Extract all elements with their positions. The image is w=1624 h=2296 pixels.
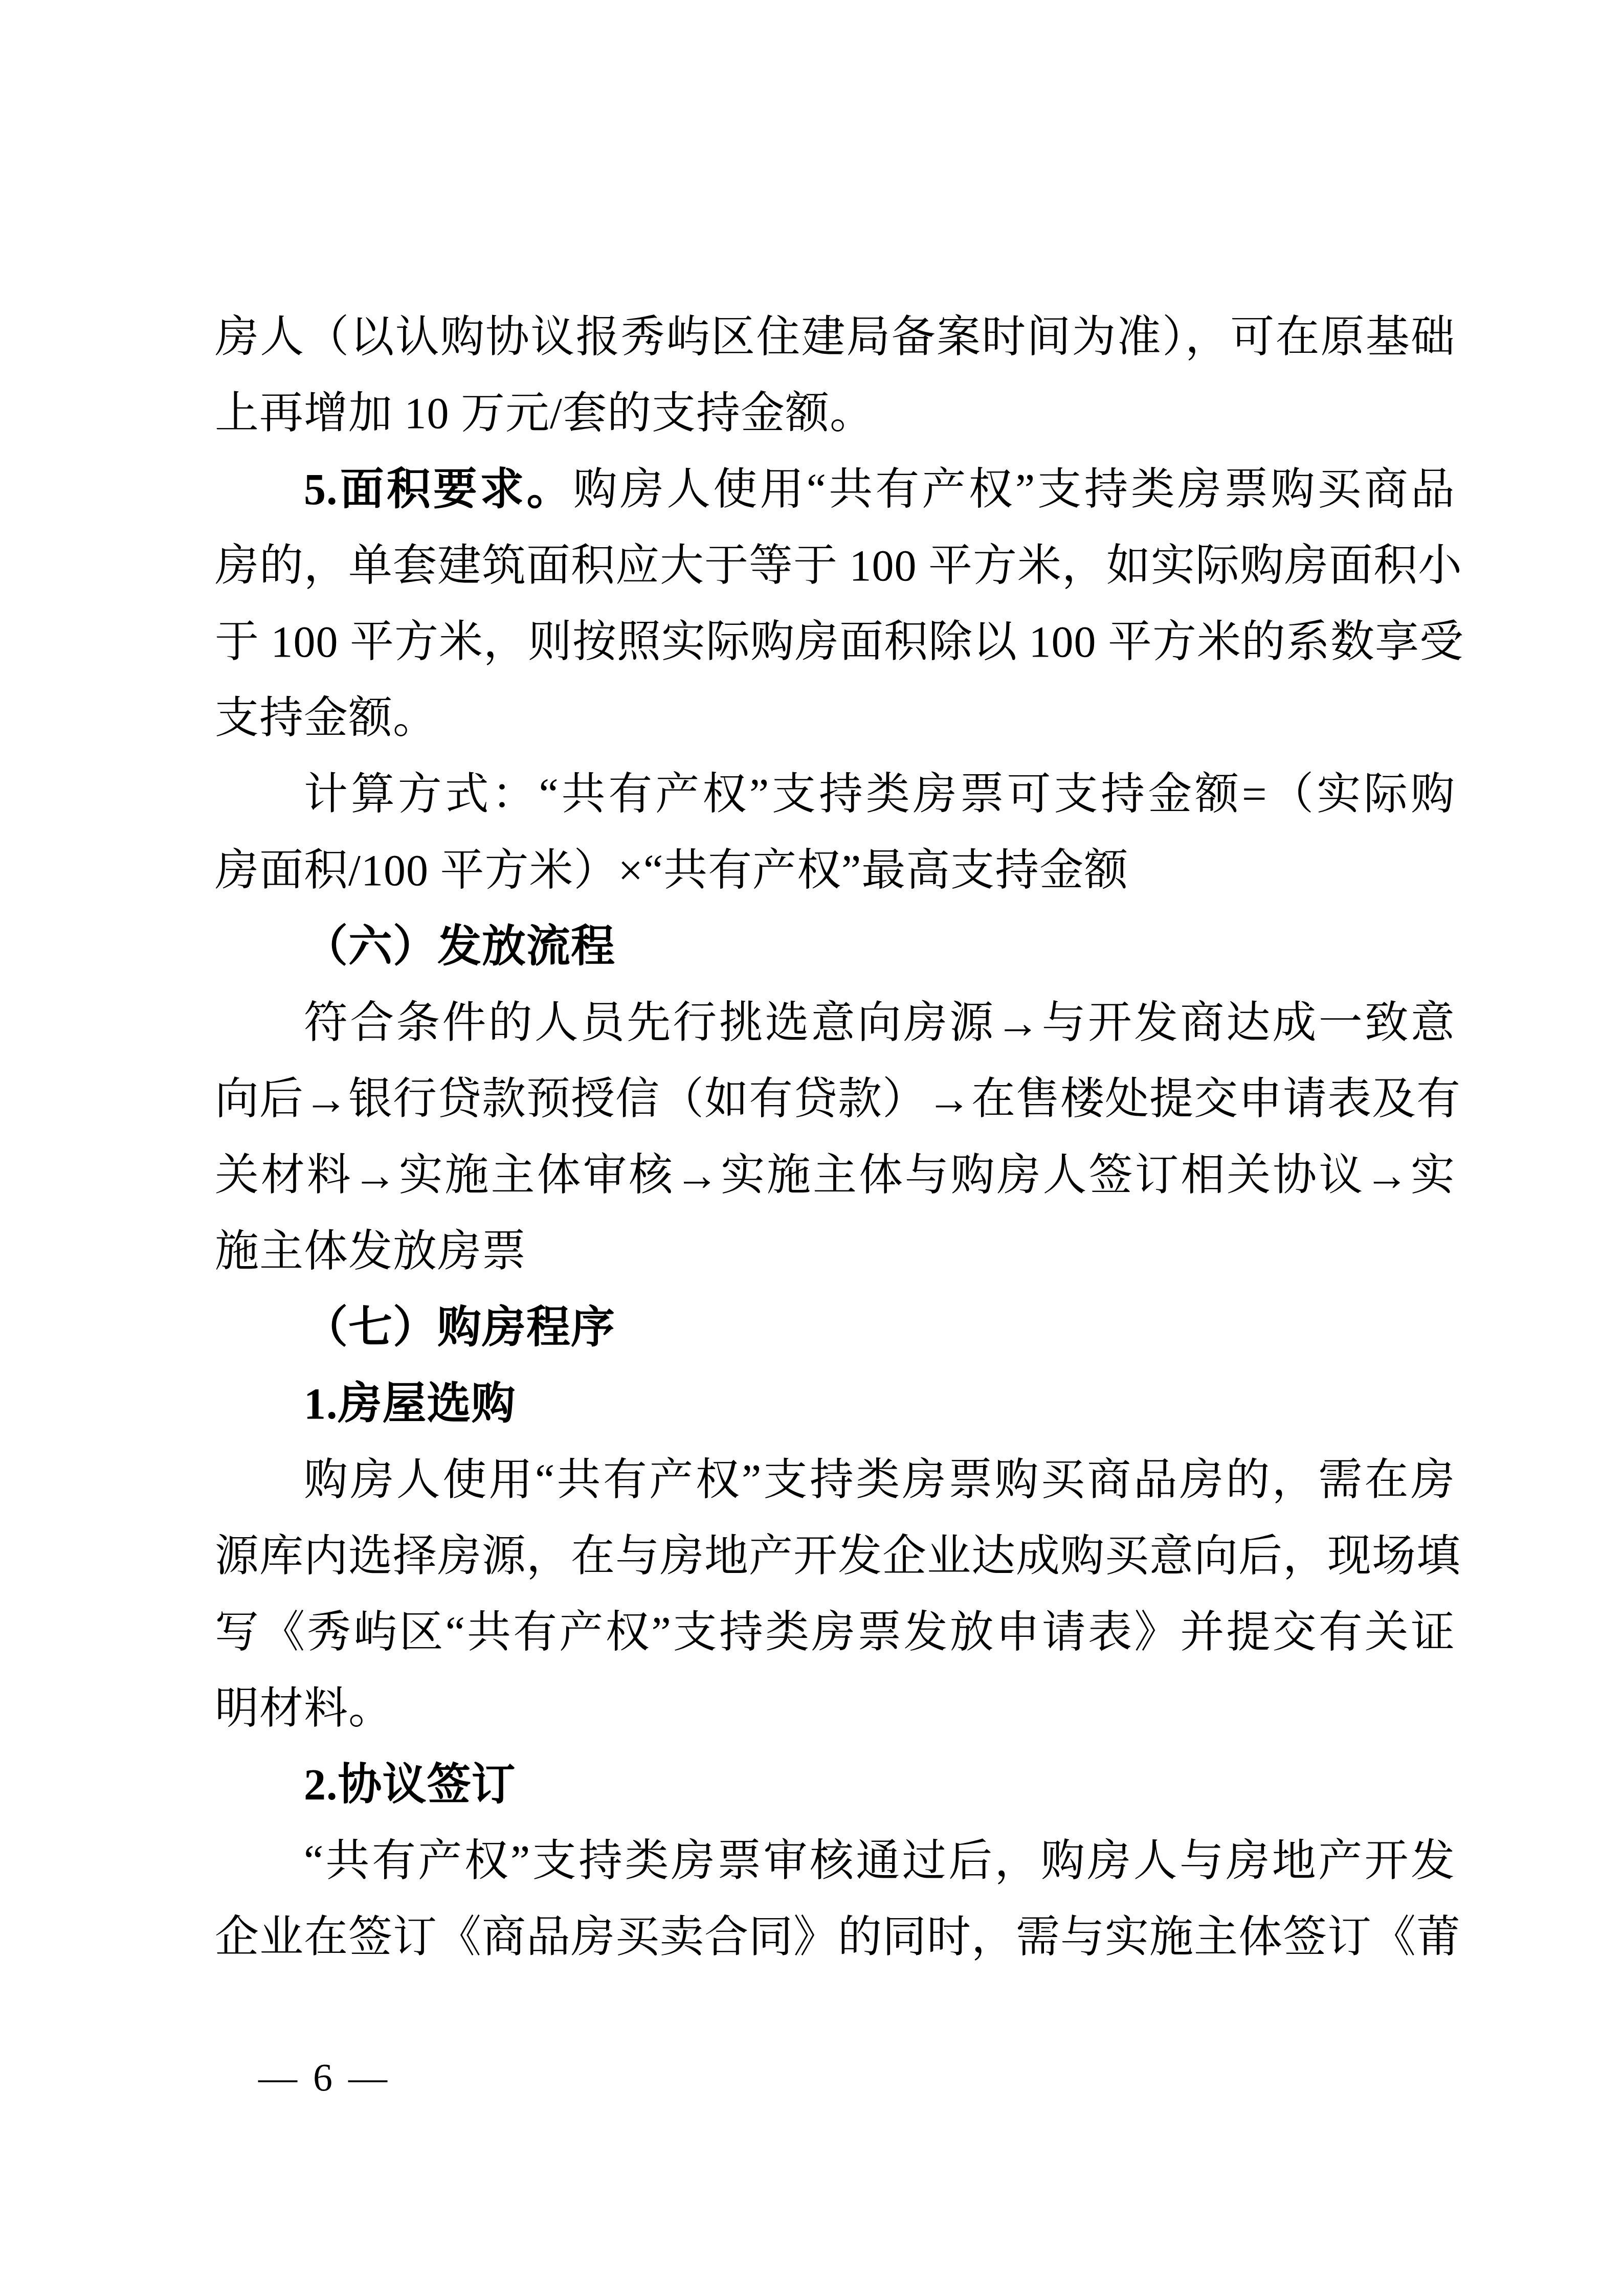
subsection-heading-2: 2.协议签订: [215, 1747, 1455, 1823]
body-line: 关材料→实施主体审核→实施主体与购房人签订相关协议→实: [215, 1137, 1455, 1213]
document-page: 房人（以认购协议报秀屿区住建局备案时间为准），可在原基础 上再增加 10 万元/…: [0, 0, 1624, 2296]
body-line: 符合条件的人员先行挑选意向房源→与开发商达成一致意: [215, 985, 1455, 1061]
inline-bold-label: 5.面积要求。: [304, 465, 573, 514]
body-line: 上再增加 10 万元/套的支持金额。: [215, 375, 1455, 452]
body-line: “共有产权”支持类房票审核通过后，购房人与房地产开发: [215, 1823, 1455, 1899]
body-line: 房的，单套建筑面积应大于等于 100 平方米，如实际购房面积小: [215, 528, 1455, 604]
body-line: 支持金额。: [215, 680, 1455, 756]
body-line: 购房人使用“共有产权”支持类房票购买商品房的，需在房: [215, 1442, 1455, 1518]
body-line: 施主体发放房票: [215, 1213, 1455, 1290]
document-text-block: 房人（以认购协议报秀屿区住建局备案时间为准），可在原基础 上再增加 10 万元/…: [215, 299, 1455, 1975]
body-line: 源库内选择房源，在与房地产开发企业达成购买意向后，现场填: [215, 1518, 1455, 1594]
body-line: 于 100 平方米，则按照实际购房面积除以 100 平方米的系数享受: [215, 604, 1455, 680]
body-line: 明材料。: [215, 1671, 1455, 1747]
body-line: 5.面积要求。购房人使用“共有产权”支持类房票购买商品: [215, 452, 1455, 528]
body-line: 计算方式：“共有产权”支持类房票可支持金额=（实际购: [215, 756, 1455, 832]
subsection-heading-1: 1.房屋选购: [215, 1366, 1455, 1442]
body-line: 房面积/100 平方米）×“共有产权”最高支持金额: [215, 832, 1455, 909]
section-heading-6: （六）发放流程: [215, 909, 1455, 985]
body-line: 向后→银行贷款预授信（如有贷款）→在售楼处提交申请表及有: [215, 1061, 1455, 1137]
page-number: — 6 —: [258, 2050, 390, 2106]
body-line: 房人（以认购协议报秀屿区住建局备案时间为准），可在原基础: [215, 299, 1455, 375]
body-line: 企业在签订《商品房买卖合同》的同时，需与实施主体签订《莆: [215, 1899, 1455, 1975]
body-line: 写《秀屿区“共有产权”支持类房票发放申请表》并提交有关证: [215, 1594, 1455, 1671]
section-heading-7: （七）购房程序: [215, 1290, 1455, 1366]
